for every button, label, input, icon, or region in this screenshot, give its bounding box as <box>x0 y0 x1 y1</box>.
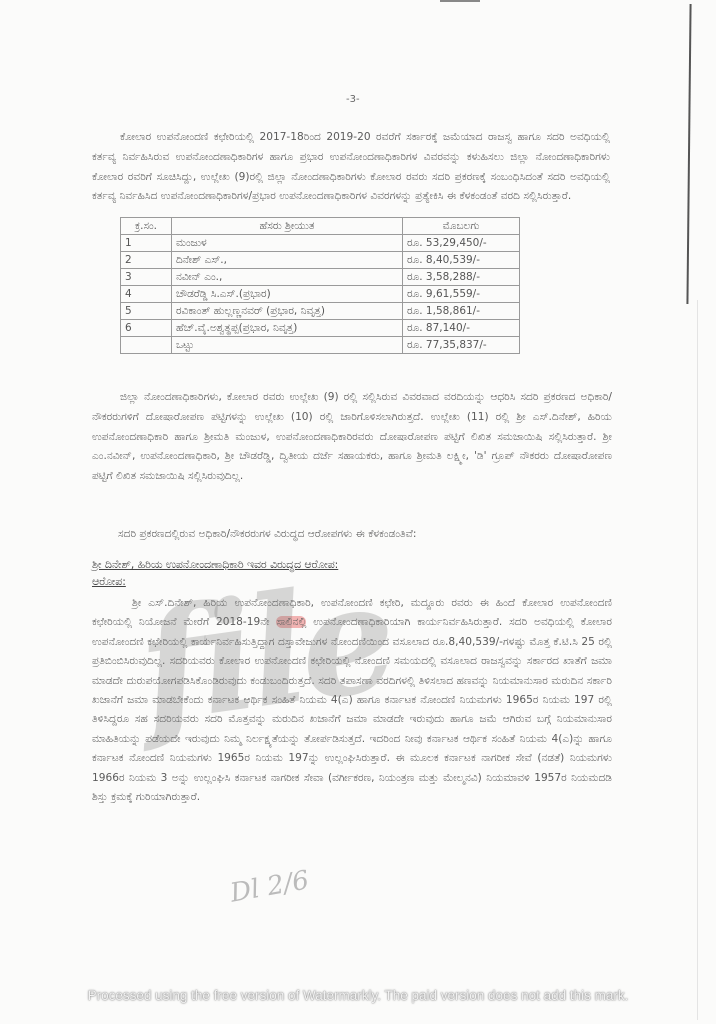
amount-cell: ರೂ. 77,35,837/- <box>403 337 520 354</box>
paragraph-3: ಸದರಿ ಪ್ರಕರಣದಲ್ಲಿರುವ ಅಧಿಕಾರಿ/ನೌಕರರುಗಳ ವಿರ… <box>118 525 598 545</box>
serial-cell <box>121 337 172 354</box>
amount-cell: ರೂ. 1,58,861/- <box>403 303 520 320</box>
name-cell: ಹೆಚ್.ವೈ.ಅಶ್ವತ್ಥಪ್ಪ(ಪ್ರಭಾರ, ನಿವೃತ್ತ) <box>172 320 403 337</box>
amount-cell: ರೂ. 3,58,288/- <box>403 269 520 286</box>
scan-mark <box>440 0 480 8</box>
serial-cell: 3 <box>121 269 172 286</box>
amount-cell: ರೂ. 9,61,559/- <box>403 286 520 303</box>
table-row: 6ಹೆಚ್.ವೈ.ಅಶ್ವತ್ಥಪ್ಪ(ಪ್ರಭಾರ, ನಿವೃತ್ತ)ರೂ. … <box>121 320 520 337</box>
table-row: 2ದಿನೇಶ್ ಎಸ್.,ರೂ. 8,40,539/- <box>121 252 520 269</box>
name-cell: ನವೀನ್ ಎಂ., <box>172 269 403 286</box>
table-row: 4ಚೌಡರೆಡ್ಡಿ ಸಿ.ಎಸ್.(ಪ್ರಭಾರ)ರೂ. 9,61,559/- <box>121 286 520 303</box>
serial-cell: 4 <box>121 286 172 303</box>
table-row: 1ಮಂಜುಳರೂ. 53,29,450/- <box>121 235 520 252</box>
amount-cell: ರೂ. 53,29,450/- <box>403 235 520 252</box>
serial-cell: 5 <box>121 303 172 320</box>
header-serial: ಕ್ರ.ಸಂ. <box>121 218 172 235</box>
name-cell: ಚೌಡರೆಡ್ಡಿ ಸಿ.ಎಸ್.(ಪ್ರಭಾರ) <box>172 286 403 303</box>
paragraph-2: ಜಿಲ್ಲಾ ನೋಂದಣಾಧಿಕಾರಿಗಳು, ಕೋಲಾರ ರವರು ಉಲ್ಲೇ… <box>92 388 612 487</box>
name-cell: ಮಂಜುಳ <box>172 235 403 252</box>
amount-table: ಕ್ರ.ಸಂ. ಹೆಸರು ಶ್ರೀಯುತ ಮೊಬಲಗು 1ಮಂಜುಳರೂ. 5… <box>120 217 520 354</box>
amount-cell: ರೂ. 8,40,539/- <box>403 252 520 269</box>
header-name: ಹೆಸರು ಶ್ರೀಯುತ <box>172 218 403 235</box>
page-edge-line <box>686 4 691 304</box>
scanned-page: -3- ಕೋಲಾರ ಉಪನೋಂದಣಿ ಕಛೇರಿಯಲ್ಲಿ 2017-18ರಿಂ… <box>0 0 716 1024</box>
charge-subheading: ಆರೋಪ: <box>92 575 126 589</box>
intro-paragraph: ಕೋಲಾರ ಉಪನೋಂದಣಿ ಕಛೇರಿಯಲ್ಲಿ 2017-18ರಿಂದ 20… <box>92 128 610 207</box>
serial-cell: 2 <box>121 252 172 269</box>
name-cell: ಒಟ್ಟು <box>172 337 403 354</box>
overlay-watermark: file <box>129 548 401 757</box>
name-cell: ದಿನೇಶ್ ಎಸ್., <box>172 252 403 269</box>
page-edge-faint <box>697 300 698 1020</box>
table-header-row: ಕ್ರ.ಸಂ. ಹೆಸರು ಶ್ರೀಯುತ ಮೊಬಲಗು <box>121 218 520 235</box>
serial-cell: 1 <box>121 235 172 252</box>
page-number: -3- <box>346 94 360 105</box>
table-row: 3ನವೀನ್ ಎಂ.,ರೂ. 3,58,288/- <box>121 269 520 286</box>
table-row: ಒಟ್ಟುರೂ. 77,35,837/- <box>121 337 520 354</box>
amount-cell: ರೂ. 87,140/- <box>403 320 520 337</box>
handwritten-signature: Dl 2/6 <box>228 865 311 908</box>
name-cell: ರವಿಕಾಂತ್ ಹುಲ್ಲಣ್ಣನವರ್ (ಪ್ರಭಾರ, ನಿವೃತ್ತ) <box>172 303 403 320</box>
footer-watermark: Processed using the free version of Wate… <box>0 988 716 1003</box>
header-amount: ಮೊಬಲಗು <box>403 218 520 235</box>
serial-cell: 6 <box>121 320 172 337</box>
table-row: 5ರವಿಕಾಂತ್ ಹುಲ್ಲಣ್ಣನವರ್ (ಪ್ರಭಾರ, ನಿವೃತ್ತ)… <box>121 303 520 320</box>
